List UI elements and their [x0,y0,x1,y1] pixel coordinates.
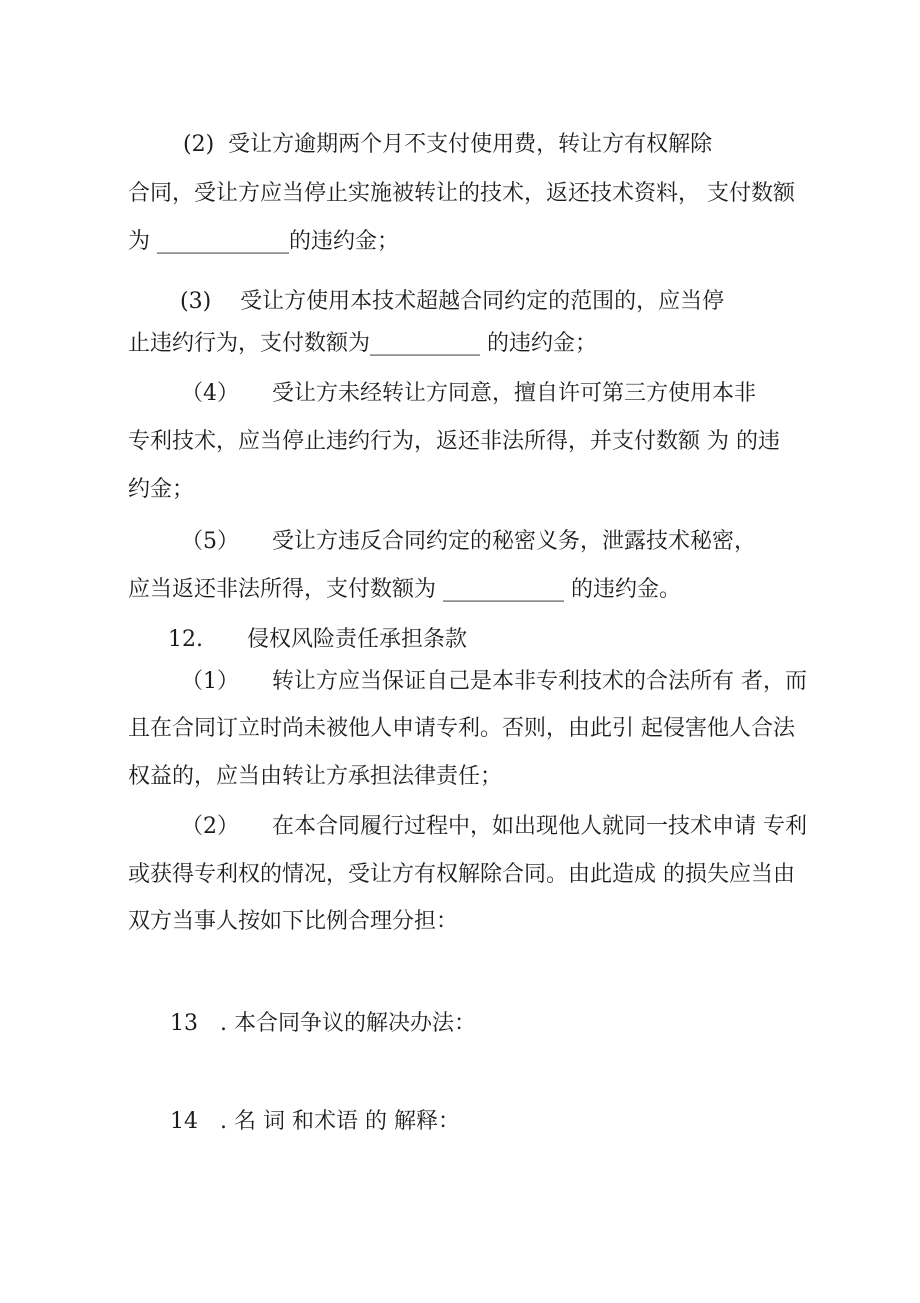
clause-12-item-1-line-3: 权益的，应当由转让方承担法律责任； [128,763,502,790]
clause-11-item-5-line-2-blank: 应当返还非法所得，支付数额为 ___________ 的违约金。 [128,576,681,603]
clause-12-item-2-line-3: 双方当事人按如下比例合理分担： [128,908,458,935]
clause-11-item-2-line-3-blank: 为 ____________的违约金； [128,228,399,255]
clause-12-heading: 12. 侵权风险责任承担条款 [168,626,467,653]
clause-12-item-2-line-1: （2） 在本合同履行过程中，如出现他人就同一技术申请 专利 [181,813,807,840]
clause-11-item-4-line-2: 专利技术，应当停止违约行为，返还非法所得，并支付数额 为 的违 [128,428,780,455]
clause-11-item-5-line-1: （5） 受让方违反合同约定的秘密义务，泄露技术秘密， [181,528,756,555]
clause-11-item-2-line-1: (2) 受让方逾期两个月不支付使用费，转让方有权解除 [183,131,712,158]
clause-11-item-3-line-1: (3) 受让方使用本技术超越合同约定的范围的，应当停 [180,288,724,315]
clause-11-item-3-line-2-blank: 止违约行为，支付数额为__________ 的违约金； [128,330,597,357]
clause-14-heading: 14 . 名 词 和术语 的 解释： [170,1108,460,1135]
clause-12-item-2-line-2: 或获得专利权的情况，受让方有权解除合同。由此造成 的损失应当由 [128,861,795,888]
clause-11-item-4-line-1: （4） 受让方未经转让方同意，擅自许可第三方使用本非 [181,380,756,407]
clause-12-item-1-line-2: 且在合同订立时尚未被他人申请专利。否则，由此引 起侵害他人合法 [128,715,795,742]
clause-12-item-1-line-1: （1） 转让方应当保证自己是本非专利技术的合法所有 者，而 [181,668,807,695]
clause-11-item-4-line-3: 约金； [128,476,194,503]
clause-11-item-2-line-2: 合同，受让方应当停止实施被转让的技术，返还技术资料， 支付数额 [128,180,795,207]
document-page: (2) 受让方逾期两个月不支付使用费，转让方有权解除 合同，受让方应当停止实施被… [0,0,920,1303]
clause-13-heading: 13 . 本合同争议的解决办法： [170,1010,476,1037]
